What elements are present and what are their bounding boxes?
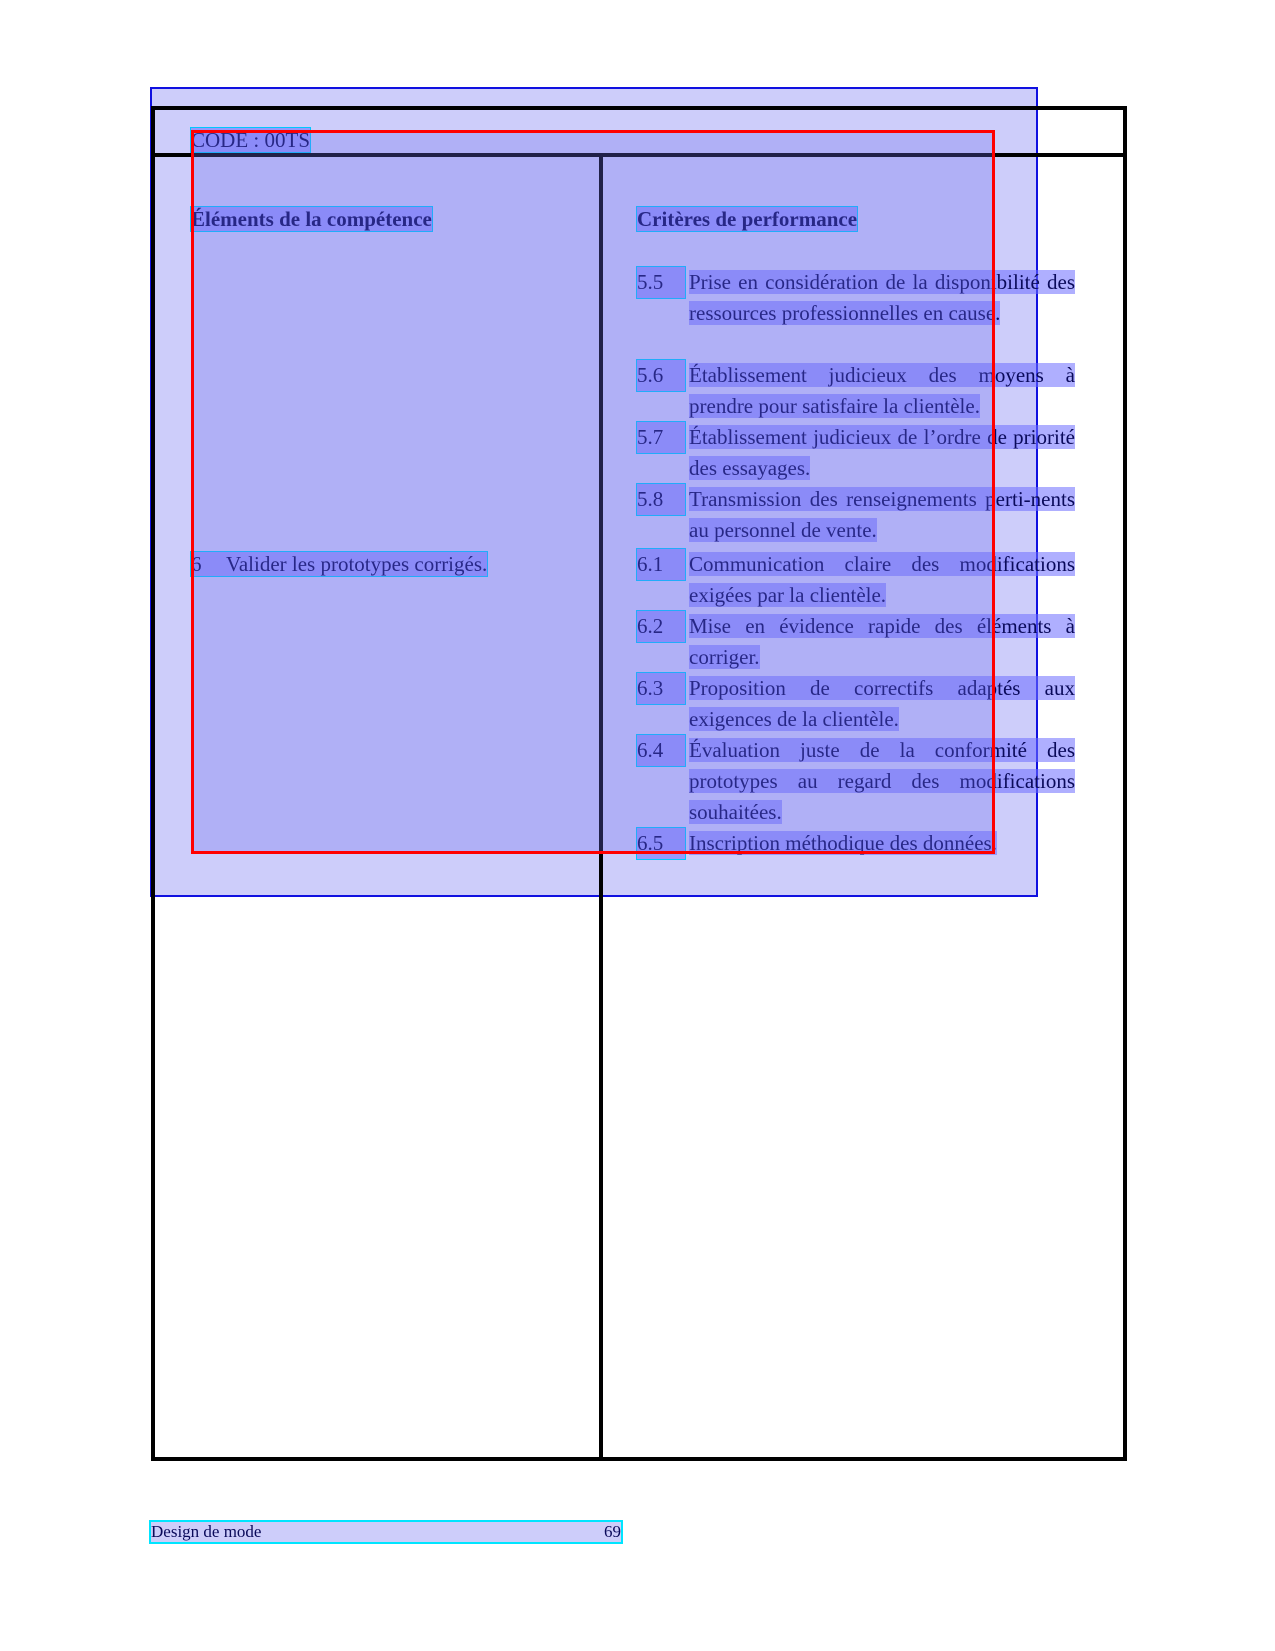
criterion-text: Communication claire des modifications e… — [689, 549, 1075, 611]
criterion-number: 6.4 — [637, 735, 685, 766]
criterion-item: 6.1Communication claire des modification… — [637, 549, 1075, 611]
criterion-number: 5.7 — [637, 422, 685, 453]
criterion-text: Proposition de correctifs adaptés aux ex… — [689, 673, 1075, 735]
criterion-number: 6.3 — [637, 673, 685, 704]
criterion-item: 5.7Établissement judicieux de l’ordre de… — [637, 422, 1075, 484]
criterion-text: Transmission des renseignements perti-ne… — [689, 484, 1075, 546]
table-column-divider — [599, 155, 603, 1461]
criterion-number: 5.8 — [637, 484, 685, 515]
criterion-text: Mise en évidence rapide des éléments à c… — [689, 611, 1075, 673]
criterion-text: Prise en considération de la disponibili… — [689, 267, 1075, 329]
footer-title: Design de mode — [151, 1522, 261, 1542]
table-header-divider — [151, 153, 1127, 157]
criterion-number: 6.5 — [637, 828, 685, 859]
element-number: 6 — [191, 552, 226, 576]
criterion-text: Inscription méthodique des données. — [689, 828, 1075, 859]
criterion-item: 6.4Évaluation juste de la conformité des… — [637, 735, 1075, 828]
element-text: Valider les prototypes corrigés. — [226, 552, 487, 576]
page-footer: Design de mode 69 — [151, 1522, 621, 1542]
criterion-item: 5.6Établissement judicieux des moyens à … — [637, 360, 1075, 422]
criterion-text: Établissement judicieux de l’ordre de pr… — [689, 422, 1075, 484]
criterion-item: 6.5Inscription méthodique des données. — [637, 828, 1075, 859]
criterion-item: 5.8Transmission des renseignements perti… — [637, 484, 1075, 546]
criterion-item: 6.3Proposition de correctifs adaptés aux… — [637, 673, 1075, 735]
criterion-item: 6.2Mise en évidence rapide des éléments … — [637, 611, 1075, 673]
competence-element-6: 6Valider les prototypes corrigés. — [191, 552, 487, 576]
page-number: 69 — [604, 1522, 621, 1542]
criterion-item: 5.5Prise en considération de la disponib… — [637, 267, 1075, 329]
column-header-criteria: Critères de performance — [637, 207, 857, 231]
criterion-number: 6.2 — [637, 611, 685, 642]
column-header-elements: Éléments de la compétence — [191, 207, 432, 231]
criterion-text: Évaluation juste de la conformité des pr… — [689, 735, 1075, 828]
criterion-number: 5.6 — [637, 360, 685, 391]
criterion-number: 6.1 — [637, 549, 685, 580]
criterion-text: Établissement judicieux des moyens à pre… — [689, 360, 1075, 422]
code-label: CODE : 00TS — [191, 128, 310, 152]
criterion-number: 5.5 — [637, 267, 685, 298]
